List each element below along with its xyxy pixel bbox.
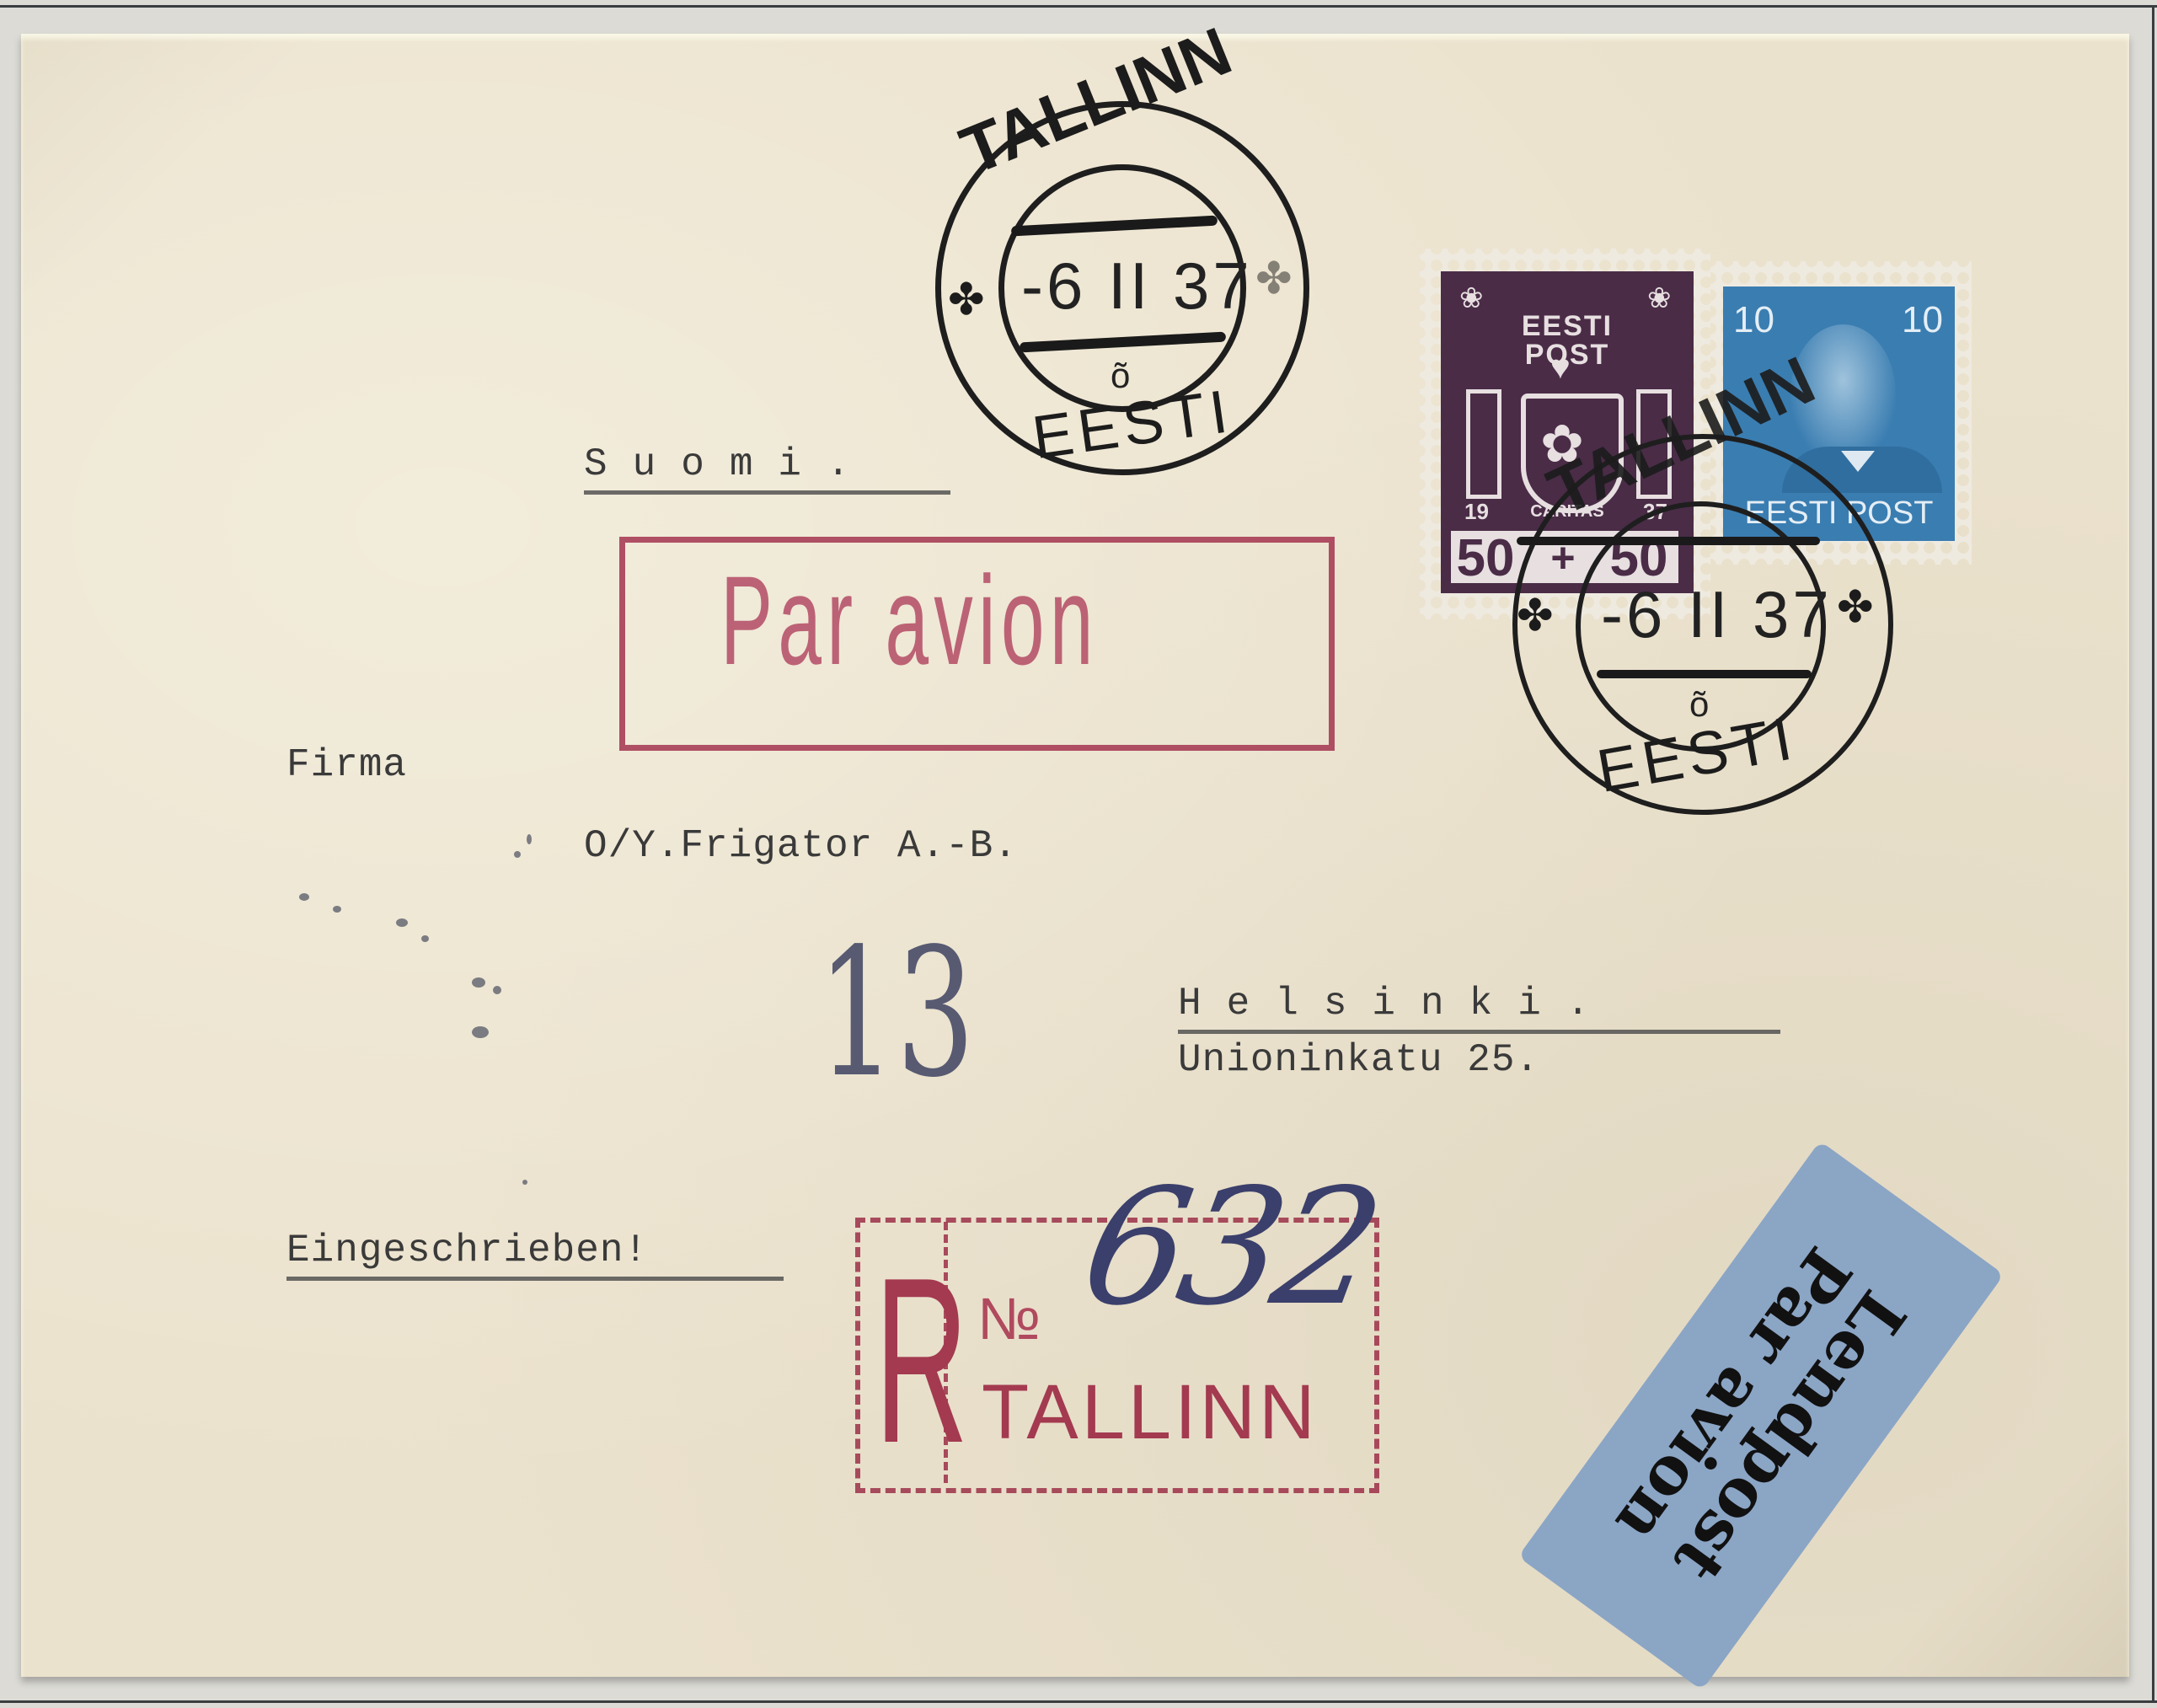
registration-letter: R bbox=[875, 1243, 968, 1479]
stamp-value-right: 10 bbox=[1902, 302, 1943, 339]
album-page-border-right bbox=[2152, 5, 2154, 1703]
par-avion-text: Par avion bbox=[720, 548, 1099, 693]
underline-registered bbox=[286, 1277, 784, 1281]
addressee-prefix: Firma bbox=[286, 743, 407, 787]
pillar-left bbox=[1466, 389, 1501, 499]
addressee-name: O/Y.Frigator A.-B. bbox=[584, 824, 1018, 868]
registered-note: Eingeschrieben! bbox=[286, 1229, 648, 1272]
heart-icon: ♥ bbox=[1550, 349, 1571, 387]
registration-office: TALLINN bbox=[982, 1373, 1319, 1451]
destination-country: Suomi. bbox=[584, 442, 875, 486]
registration-number: 632 bbox=[1071, 1154, 1389, 1341]
cross-ornament-icon: ✤ bbox=[1837, 586, 1874, 629]
cross-ornament-icon: ✤ bbox=[1517, 594, 1554, 638]
stamp-value: 50 bbox=[1456, 533, 1515, 585]
stamp-year-left: 19 bbox=[1464, 501, 1489, 522]
stamp-value-left: 10 bbox=[1733, 302, 1774, 339]
underline-country bbox=[584, 490, 950, 495]
flower-ornament-icon: ❀ bbox=[1459, 281, 1484, 315]
address-city: Helsinki. bbox=[1178, 982, 1614, 1025]
album-page-border-top bbox=[0, 5, 2157, 8]
cross-ornament-icon: ✤ bbox=[948, 278, 985, 322]
postmark-date: -6 II 37 bbox=[1601, 581, 1833, 647]
postmark-code: õ bbox=[1689, 687, 1709, 722]
address-street: Unioninkatu 25. bbox=[1178, 1038, 1539, 1082]
album-page-border-bottom bbox=[0, 1700, 2157, 1703]
postmark-date: -6 II 37 bbox=[1021, 253, 1253, 319]
underline-city bbox=[1178, 1030, 1780, 1034]
cross-ornament-icon: ✤ bbox=[1255, 257, 1293, 301]
postmark-code: õ bbox=[1111, 358, 1130, 394]
flower-ornament-icon: ❀ bbox=[1647, 281, 1672, 315]
number-sign: № bbox=[977, 1289, 1041, 1348]
handwritten-note: 13 bbox=[817, 910, 975, 1116]
